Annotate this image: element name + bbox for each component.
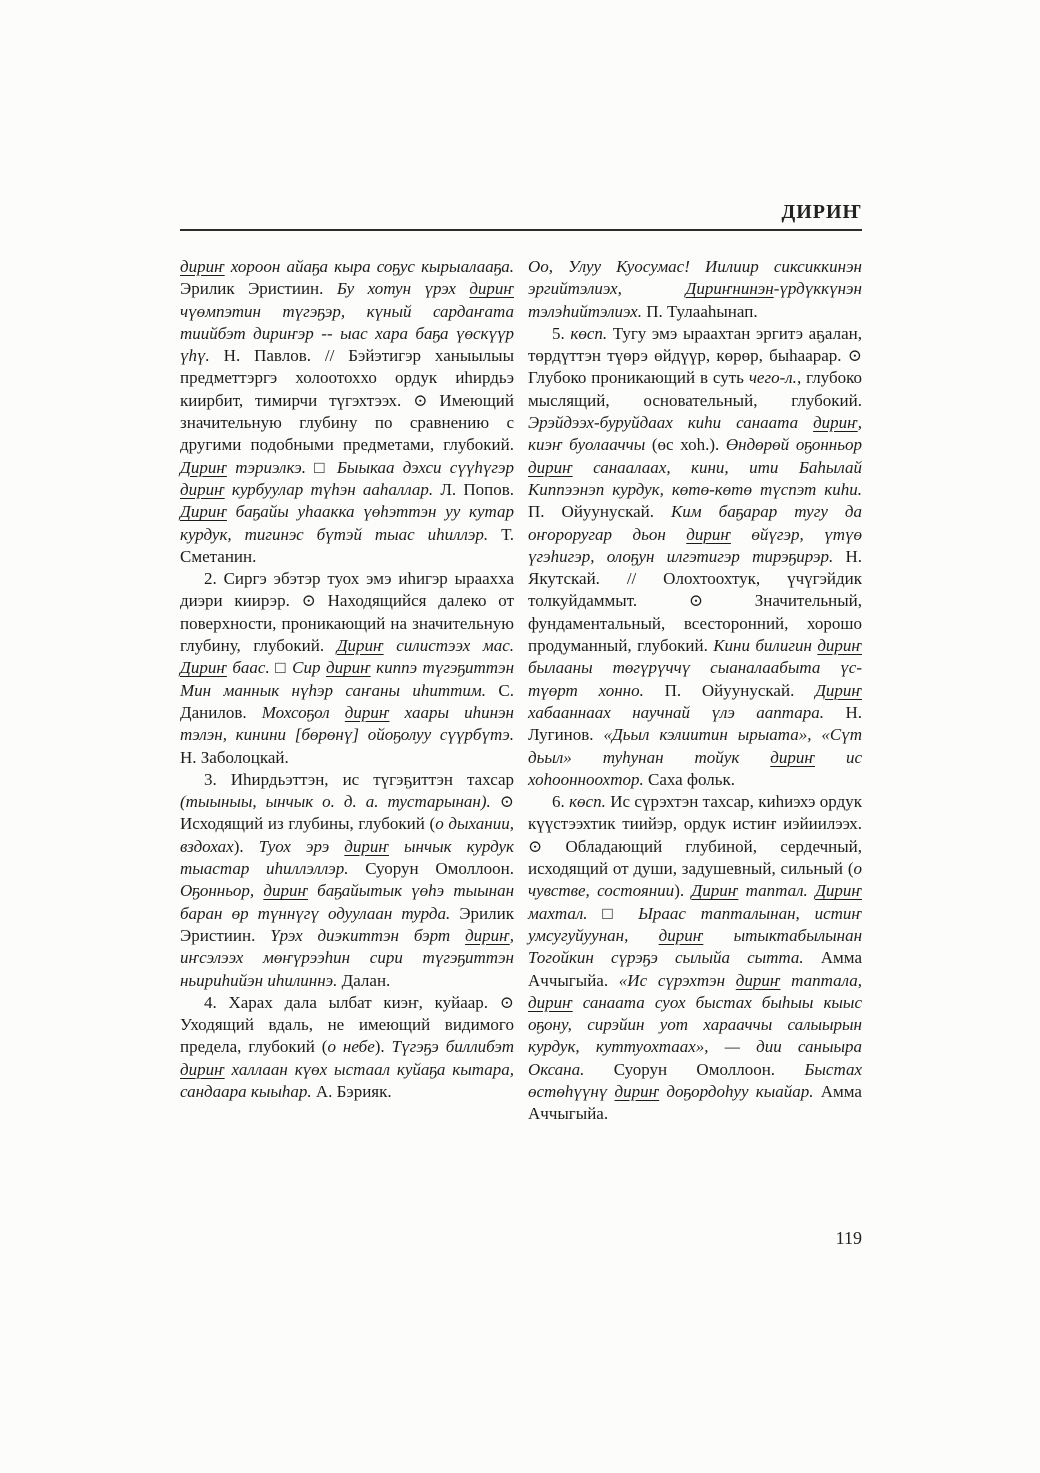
text-run: Түгэҕэ биллибэт bbox=[392, 1037, 514, 1056]
running-head: ДИРИҤ bbox=[180, 201, 862, 224]
text-run: (тыыныы, ынчык о. д. а. тустарынан). bbox=[180, 792, 491, 811]
headword: дириҥ bbox=[180, 480, 225, 499]
text-run: «Ис сүрэхтэн bbox=[619, 971, 736, 990]
headword: Дириҥ bbox=[337, 636, 384, 655]
text-run: Далан. bbox=[342, 971, 391, 990]
text-run: 5. bbox=[552, 324, 570, 343]
headword: дириҥ bbox=[263, 881, 308, 900]
header-rule bbox=[180, 229, 862, 231]
text-run: А. Бэрияк. bbox=[316, 1082, 392, 1101]
headword: дириҥ bbox=[770, 748, 815, 767]
text-run: Бу хотун үрэх bbox=[337, 279, 470, 298]
headword: дириҥ bbox=[469, 279, 514, 298]
text-run: □ bbox=[602, 904, 638, 923]
headword: Дириҥ bbox=[815, 881, 862, 900]
text-run: көсп. bbox=[569, 792, 606, 811]
text-run: махтал. bbox=[528, 904, 602, 923]
headword: Дириҥ bbox=[815, 681, 862, 700]
text-run: Сир bbox=[292, 658, 326, 677]
headword: дириҥ bbox=[686, 525, 731, 544]
text-run: 6. bbox=[552, 792, 569, 811]
text-run: баас. bbox=[227, 658, 275, 677]
text-run: Өндөрөй оҕонньор bbox=[726, 435, 862, 454]
text-run: баҕайы уһаакка үөһэттэн уу кутар курдук,… bbox=[180, 502, 514, 543]
headword: Дириҥ bbox=[691, 881, 738, 900]
text-run: Эрилик Эристиин. bbox=[180, 279, 337, 298]
text-run: (өс хоһ.). bbox=[652, 435, 726, 454]
headword: дириҥ bbox=[180, 1060, 225, 1079]
text-run: Н. Павлов. // Бэйэтигэр ханыылыы предмет… bbox=[180, 346, 514, 454]
text-run: Туох эрэ bbox=[259, 837, 345, 856]
text-run: Суорун Омоллоон. bbox=[614, 1060, 805, 1079]
paragraph: 2. Сиргэ эбэтэр туох эмэ иһигэр ыраахха … bbox=[180, 568, 514, 769]
headword: дириҥ bbox=[528, 458, 573, 477]
text-run: □ bbox=[314, 458, 337, 477]
headword: дириҥ bbox=[345, 703, 390, 722]
text-run: хабааннаах научнай үлэ ааптара. bbox=[528, 703, 845, 722]
headword: дириҥ bbox=[817, 636, 862, 655]
text-run: таптала, bbox=[780, 971, 862, 990]
text-run: Суорун Омоллоон. bbox=[365, 859, 514, 878]
headword: дириҥ bbox=[180, 257, 225, 276]
text-run: доҕордоһуу кыайар. bbox=[659, 1082, 821, 1101]
text-run: □ bbox=[275, 658, 292, 677]
text-run: чего-л. bbox=[749, 368, 797, 387]
paragraph: Оо, Улуу Куосумас! Иилиир сиксиккинэн эр… bbox=[528, 256, 862, 323]
text-run: Эрэйдээх-буруйдаах киһи санаата bbox=[528, 413, 813, 432]
text-run: тэриэлкэ. bbox=[227, 458, 314, 477]
headword: дириҥ bbox=[615, 1082, 660, 1101]
text-run: о небе bbox=[327, 1037, 374, 1056]
column-right: Оо, Улуу Куосумас! Иилиир сиксиккинэн эр… bbox=[528, 256, 862, 1126]
headword: Дириҥ bbox=[180, 658, 227, 677]
text-run: Н. Заболоцкай. bbox=[180, 748, 289, 767]
text-run: П. Ойуунускай. bbox=[665, 681, 815, 700]
text-run: санаалаах, кини, ити Баһылай Киппээнэп к… bbox=[528, 458, 862, 499]
text-run: таптал. bbox=[738, 881, 815, 900]
headword: дириҥ bbox=[326, 658, 371, 677]
text-run: Үрэх диэкиттэн бэрт bbox=[270, 926, 465, 945]
page-content: дириҥ хороон айаҕа кыра соҕус кырыалааҕа… bbox=[180, 256, 862, 1126]
headword: дириҥ bbox=[344, 837, 389, 856]
paragraph: 4. Харах дала ылбат киэҥ, куйаар. ⊙ Уход… bbox=[180, 992, 514, 1103]
text-run: Оҕонньор, bbox=[180, 881, 263, 900]
text-run: Л. Попов. bbox=[440, 480, 514, 499]
text-run: силистээх мас. bbox=[384, 636, 514, 655]
text-run: көсп. bbox=[570, 324, 607, 343]
text-run: Быыкаа дэхси сүүһүгэр bbox=[337, 458, 514, 477]
text-run: П. Тулааһынап. bbox=[646, 302, 757, 321]
headword: дириҥ bbox=[813, 413, 858, 432]
text-run: 3. Иһирдьэттэн, ис түгэҕиттэн тахсар bbox=[204, 770, 514, 789]
text-run: Саха фольк. bbox=[648, 770, 735, 789]
headword: Дириҥнинэн bbox=[686, 279, 774, 298]
text-run: ). bbox=[375, 1037, 392, 1056]
page-number: 119 bbox=[180, 1228, 862, 1249]
text-run: ). bbox=[674, 881, 691, 900]
headword: Дириҥ bbox=[180, 502, 227, 521]
text-run: ). bbox=[234, 837, 259, 856]
paragraph: дириҥ хороон айаҕа кыра соҕус кырыалааҕа… bbox=[180, 256, 514, 568]
paragraph: 5. көсп. Тугу эмэ ыраахтан эргитэ аҕалан… bbox=[528, 323, 862, 791]
text-run: Мохсоҕол bbox=[262, 703, 345, 722]
headword: дириҥ bbox=[465, 926, 510, 945]
text-run: хороон айаҕа кыра соҕус кырыалааҕа. bbox=[225, 257, 514, 276]
paragraph: 6. көсп. Ис сүрэхтэн тахсар, киһиэхэ орд… bbox=[528, 791, 862, 1125]
dictionary-page: ДИРИҤ дириҥ хороон айаҕа кыра соҕус кыры… bbox=[0, 0, 1040, 1473]
headword: дириҥ bbox=[659, 926, 704, 945]
headword: дириҥ bbox=[528, 993, 573, 1012]
text-run: курбуулар түһэн ааһаллар. bbox=[225, 480, 441, 499]
headword: дириҥ bbox=[736, 971, 781, 990]
paragraph: 3. Иһирдьэттэн, ис түгэҕиттэн тахсар (ты… bbox=[180, 769, 514, 992]
headword: Дириҥ bbox=[180, 458, 227, 477]
text-run: П. Ойуунускай. bbox=[528, 502, 671, 521]
column-left: дириҥ хороон айаҕа кыра соҕус кырыалааҕа… bbox=[180, 256, 514, 1126]
text-run: Кини билигин bbox=[713, 636, 817, 655]
